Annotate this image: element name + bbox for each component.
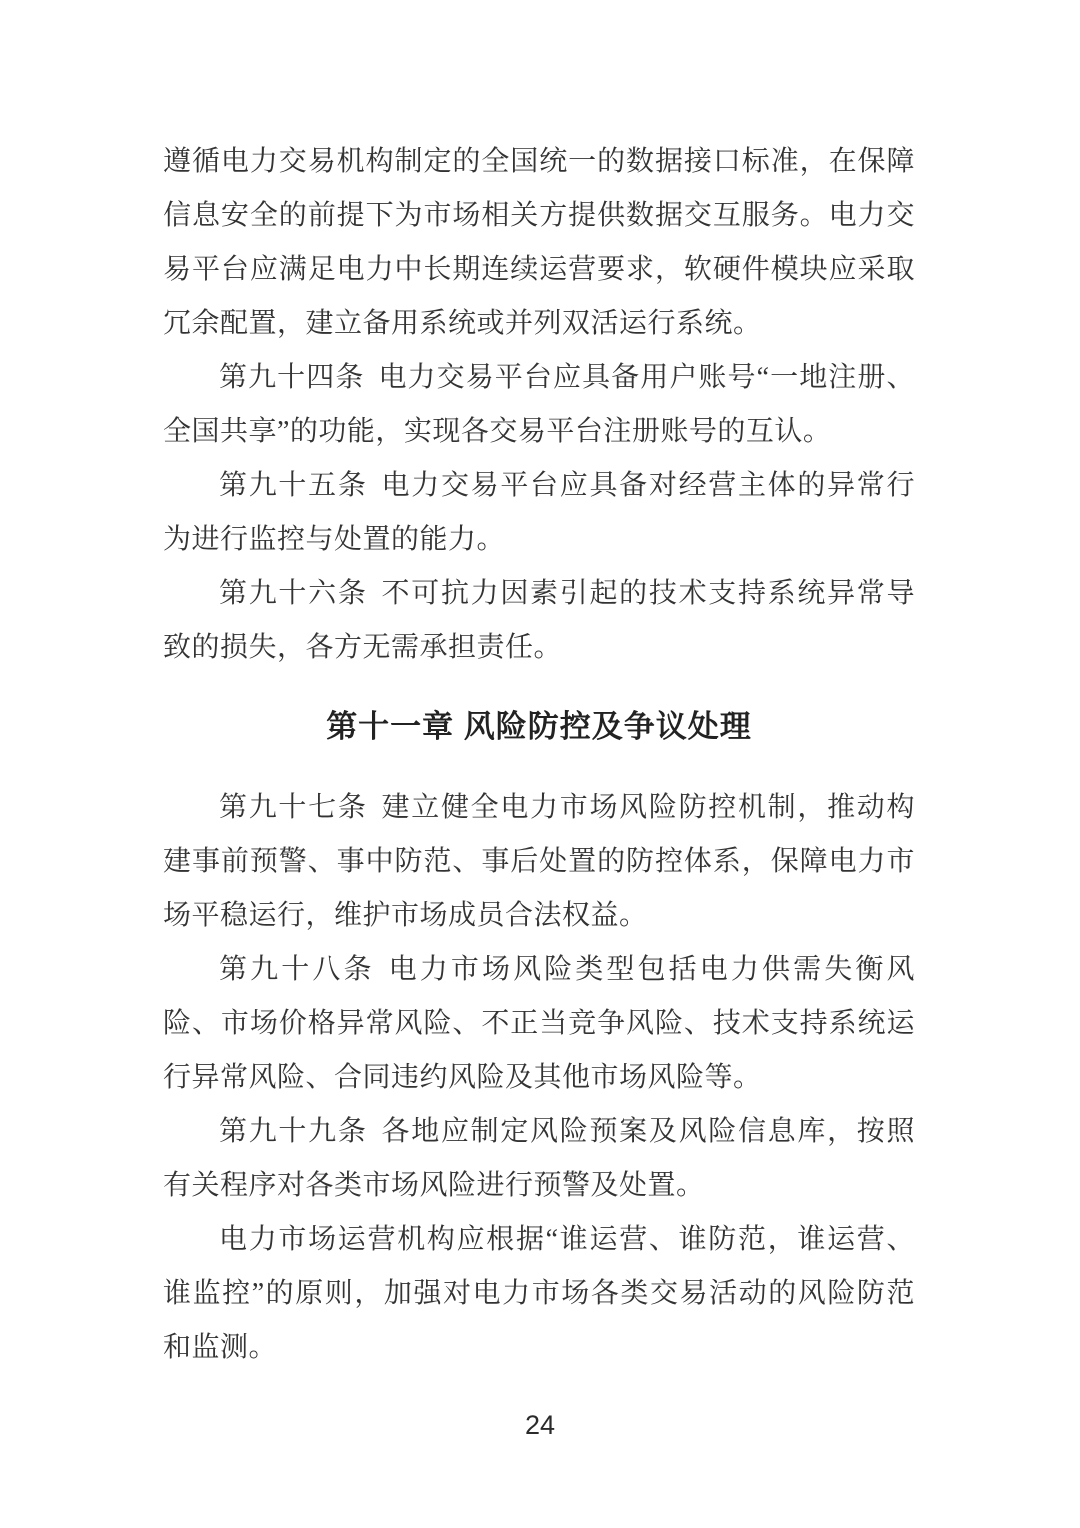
article-95: 第九十五条电力交易平台应具备对经营主体的异常行为进行监控与处置的能力。 xyxy=(163,459,915,567)
paragraph-body: 电力市场运营机构应根据“谁运营、谁防范，谁运营、谁监控”的原则，加强对电力市场各… xyxy=(163,1213,915,1375)
article-number: 第九十五条 xyxy=(219,470,368,501)
article-97: 第九十七条建立健全电力市场风险防控机制，推动构建事前预警、事中防范、事后处置的防… xyxy=(163,781,915,943)
article-94: 第九十四条电力交易平台应具备用户账号“一地注册、全国共享”的功能，实现各交易平台… xyxy=(163,351,915,459)
paragraph-continuation: 遵循电力交易机构制定的全国统一的数据接口标准，在保障信息安全的前提下为市场相关方… xyxy=(163,135,915,351)
article-96: 第九十六条不可抗力因素引起的技术支持系统异常导致的损失，各方无需承担责任。 xyxy=(163,567,915,675)
chapter-heading: 第十一章 风险防控及争议处理 xyxy=(163,705,915,749)
article-number: 第九十八条 xyxy=(219,954,375,985)
document-body: 遵循电力交易机构制定的全国统一的数据接口标准，在保障信息安全的前提下为市场相关方… xyxy=(163,135,915,1375)
article-number: 第九十六条 xyxy=(219,578,368,609)
article-number: 第九十七条 xyxy=(219,792,368,823)
page-number: 24 xyxy=(0,1408,1080,1442)
paragraph-text: 电力市场运营机构应根据“谁运营、谁防范，谁运营、谁监控”的原则，加强对电力市场各… xyxy=(163,1224,915,1363)
article-99: 第九十九条各地应制定风险预案及风险信息库，按照有关程序对各类市场风险进行预警及处… xyxy=(163,1105,915,1213)
document-page: 遵循电力交易机构制定的全国统一的数据接口标准，在保障信息安全的前提下为市场相关方… xyxy=(0,0,1080,1528)
article-number: 第九十四条 xyxy=(219,362,364,393)
paragraph-text: 遵循电力交易机构制定的全国统一的数据接口标准，在保障信息安全的前提下为市场相关方… xyxy=(163,146,915,339)
article-number: 第九十九条 xyxy=(219,1116,368,1147)
article-98: 第九十八条电力市场风险类型包括电力供需失衡风险、市场价格异常风险、不正当竞争风险… xyxy=(163,943,915,1105)
